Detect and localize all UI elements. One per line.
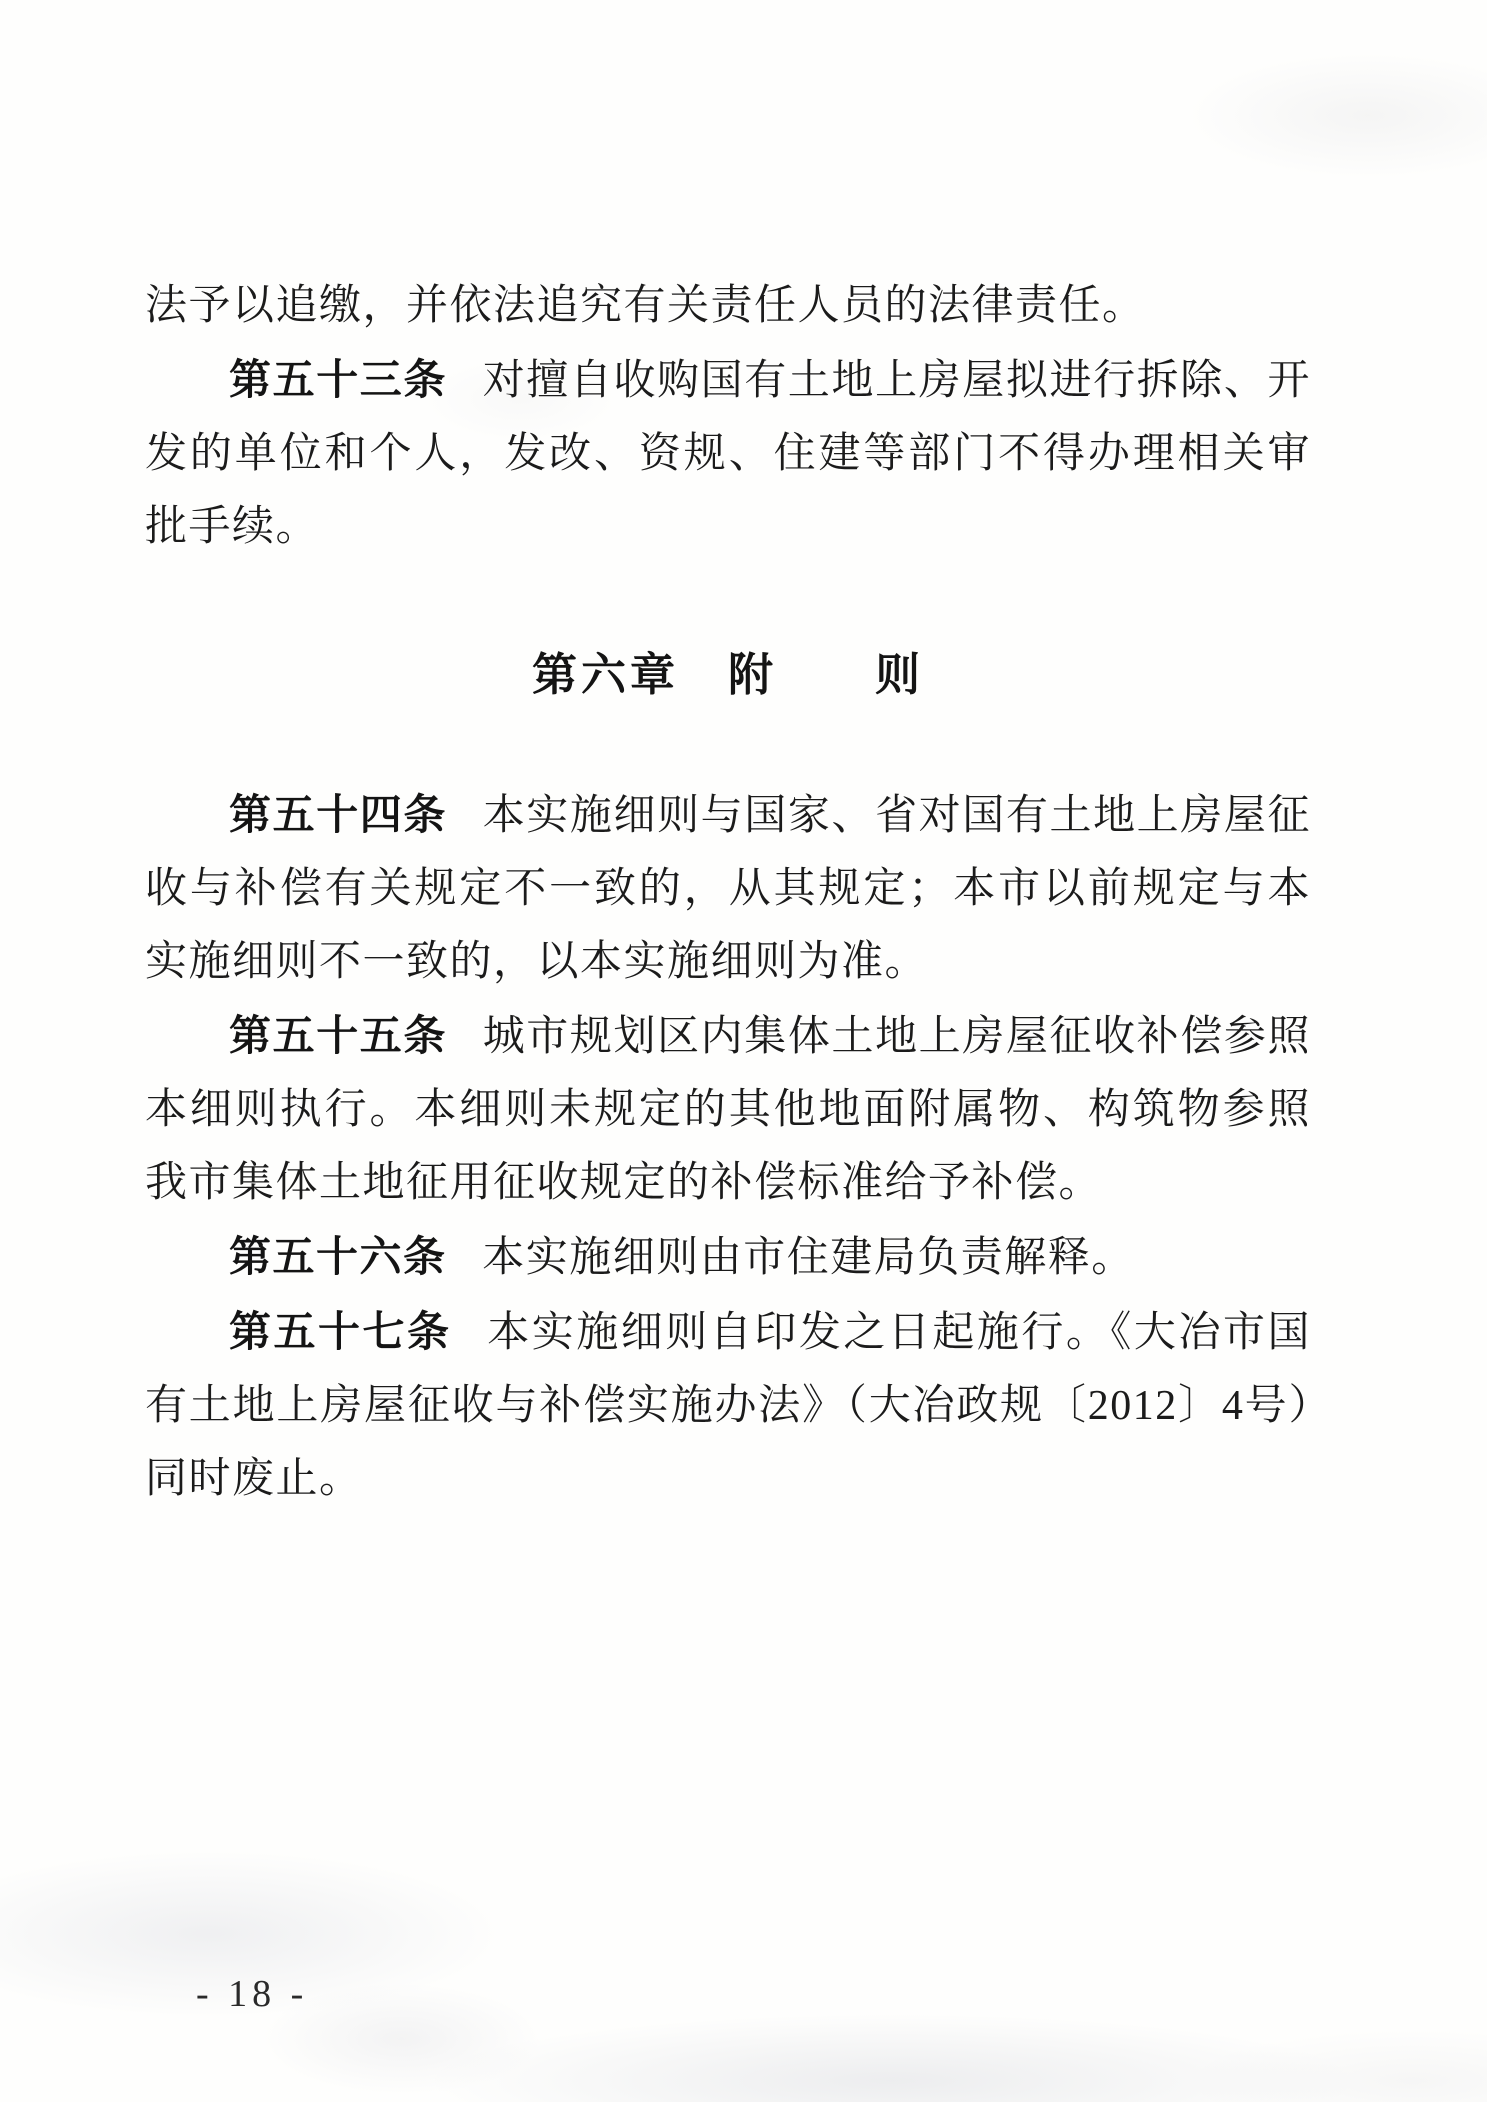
article-56-label: 第五十六条 <box>229 1233 447 1280</box>
article-54-label: 第五十四条 <box>229 791 447 838</box>
page-content: 法予以追缴，并依法追究有关责任人员的法律责任。 第五十三条对擅自收购国有土地上房… <box>145 270 1311 1516</box>
page-number: - 18 - <box>196 1972 308 2016</box>
article-56-text: 本实施细则由市住建局负责解释。 <box>482 1235 1135 1281</box>
paragraph-continuation-text: 法予以追缴，并依法追究有关责任人员的法律责任。 <box>145 283 1146 329</box>
chapter-heading: 第六章 附 则 <box>145 638 1311 711</box>
article-55-paragraph: 第五十五条城市规划区内集体土地上房屋征收补偿参照本细则执行。本细则未规定的其他地… <box>145 999 1311 1220</box>
chapter-heading-text: 第六章 附 则 <box>532 649 924 700</box>
article-56-paragraph: 第五十六条本实施细则由市住建局负责解释。 <box>145 1220 1311 1295</box>
document-page: 法予以追缴，并依法追究有关责任人员的法律责任。 第五十三条对擅自收购国有土地上房… <box>0 0 1487 2102</box>
article-57-paragraph: 第五十七条本实施细则自印发之日起施行。《大冶市国有土地上房屋征收与补偿实施办法》… <box>145 1295 1311 1516</box>
article-55-label: 第五十五条 <box>229 1012 447 1059</box>
article-53-paragraph: 第五十三条对擅自收购国有土地上房屋拟进行拆除、开发的单位和个人，发改、资规、住建… <box>145 343 1311 564</box>
paragraph-continuation: 法予以追缴，并依法追究有关责任人员的法律责任。 <box>145 270 1311 343</box>
article-57-label: 第五十七条 <box>229 1308 452 1355</box>
article-54-paragraph: 第五十四条本实施细则与国家、省对国有土地上房屋征收与补偿有关规定不一致的，从其规… <box>145 778 1311 999</box>
article-53-label: 第五十三条 <box>229 356 447 403</box>
